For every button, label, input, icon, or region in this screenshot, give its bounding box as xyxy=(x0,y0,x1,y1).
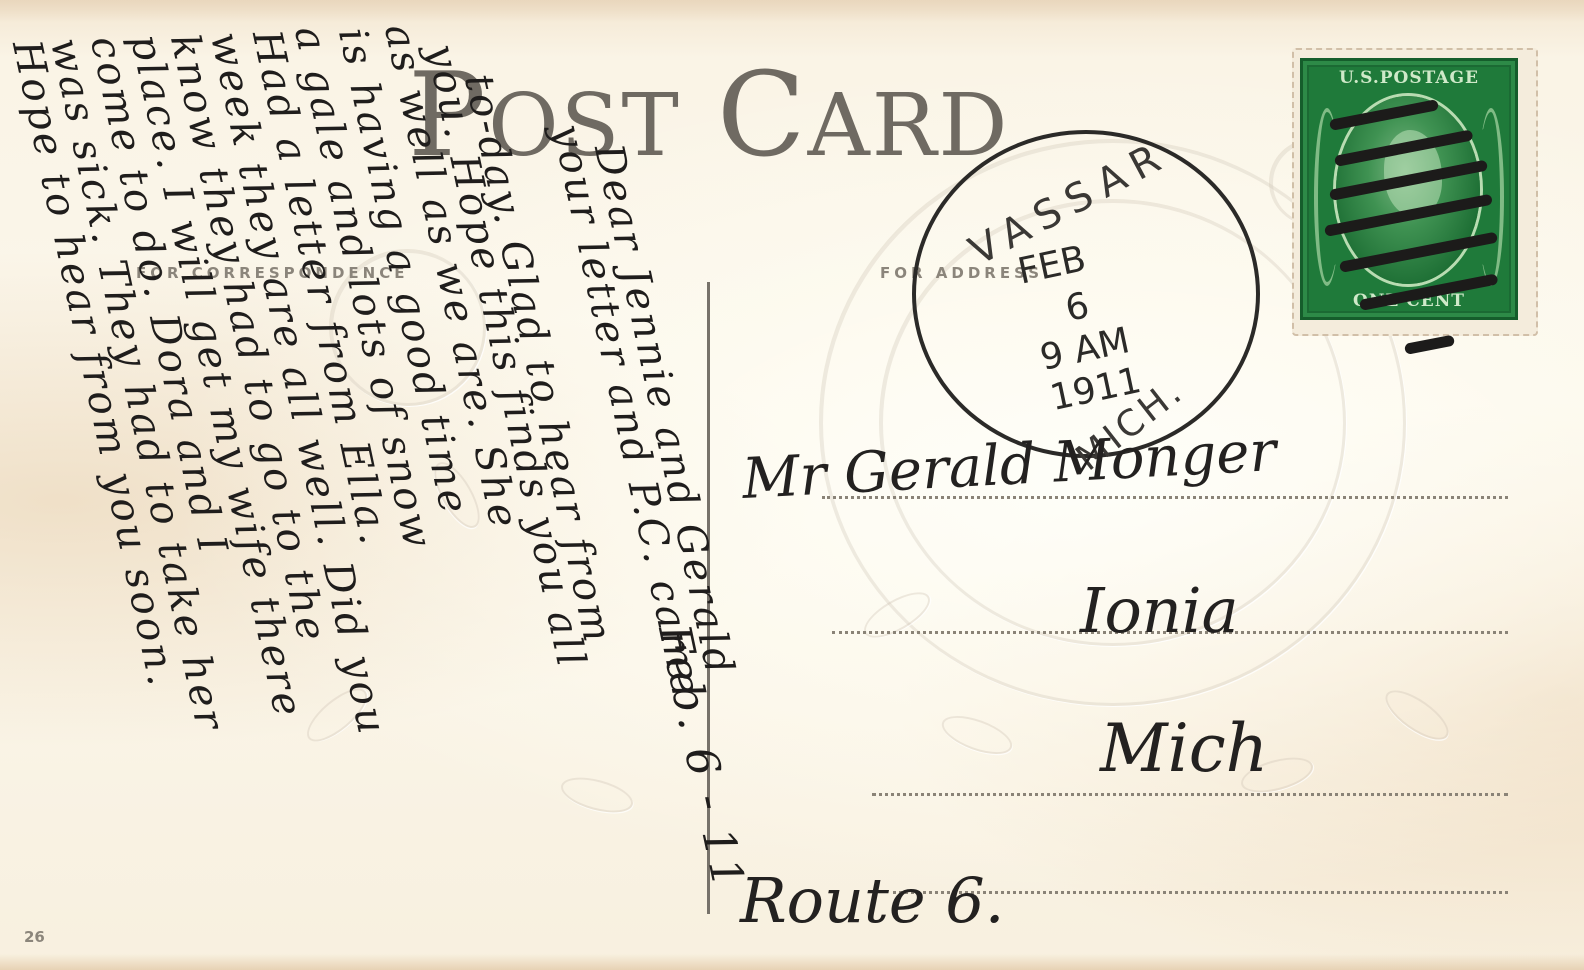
emboss-leaf xyxy=(937,708,1017,762)
address-line-3 xyxy=(872,793,1508,796)
postcard: POSTCARD FOR CORRESPONDENCE FOR ADDRESS … xyxy=(0,0,1584,970)
card-edge-top xyxy=(0,0,1584,22)
card-edge-bottom xyxy=(0,954,1584,970)
emboss-leaf xyxy=(557,771,636,819)
emboss-leaf xyxy=(1378,681,1456,748)
stamp-top-text: U.S.POSTAGE xyxy=(1300,68,1518,88)
print-number: 26 xyxy=(24,928,45,946)
address-route: Route 6. xyxy=(740,870,1004,932)
cancellation-bar xyxy=(1404,335,1455,355)
address-state: Mich xyxy=(1100,716,1268,782)
address-city: Ionia xyxy=(1080,580,1239,642)
